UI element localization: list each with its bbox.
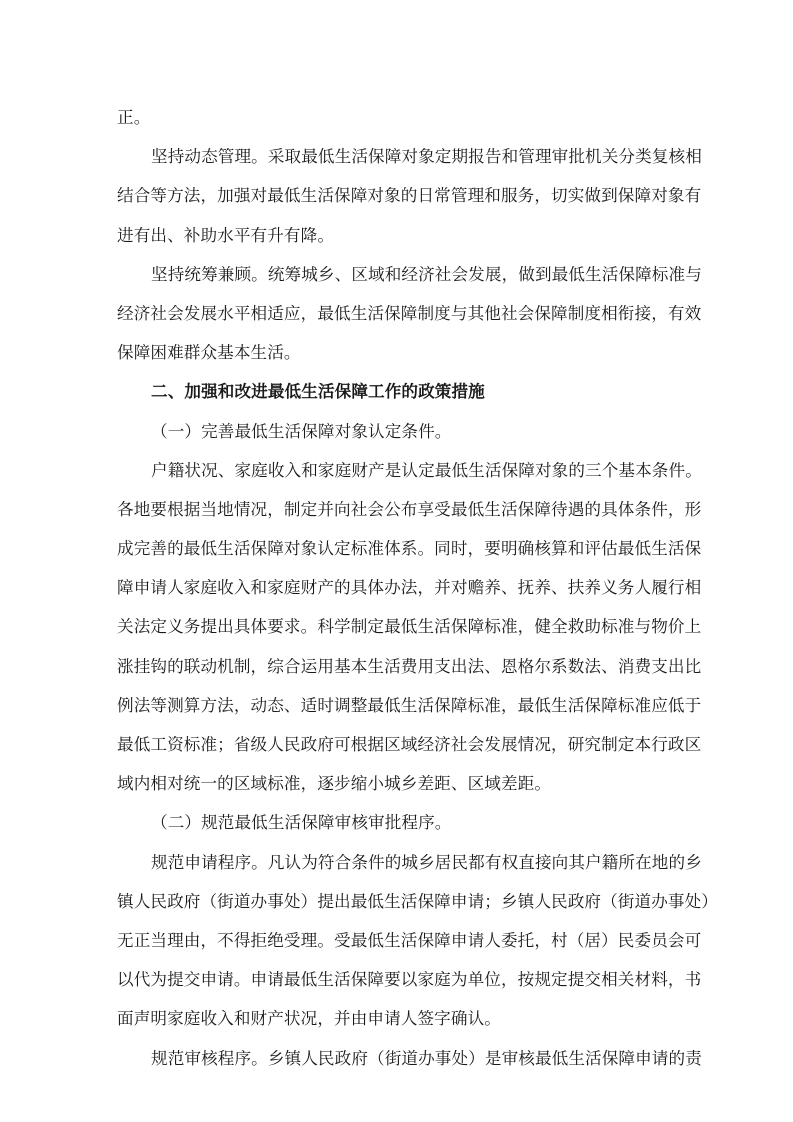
paragraph-line: 结合等方法，加强对最低生活保障对象的日常管理和服务，切实做到保障对象有 [117, 176, 679, 215]
paragraph-line: 经济社会发展水平相适应，最低生活保障制度与其他社会保障制度相衔接，有效 [117, 294, 679, 333]
paragraph-line: 规范申请程序。凡认为符合条件的城乡居民都有权直接向其户籍所在地的乡 [117, 843, 679, 882]
document-page: 正。 坚持动态管理。采取最低生活保障对象定期报告和管理审批机关分类复核相 结合等… [117, 98, 679, 1078]
subsection-heading: （一）完善最低生活保障对象认定条件。 [117, 412, 679, 451]
paragraph-line: 最低工资标准；省级人民政府可根据区域经济社会发展情况，研究制定本行政区 [117, 725, 679, 764]
section-heading: 二、加强和改进最低生活保障工作的政策措施 [117, 372, 679, 411]
paragraph-line: 面声明家庭收入和财产状况，并由申请人签字确认。 [117, 999, 679, 1038]
paragraph-line: 保障困难群众基本生活。 [117, 333, 679, 372]
paragraph-line: 坚持动态管理。采取最低生活保障对象定期报告和管理审批机关分类复核相 [117, 137, 679, 176]
paragraph-line: 涨挂钩的联动机制，综合运用基本生活费用支出法、恩格尔系数法、消费支出比 [117, 647, 679, 686]
paragraph-line: 例法等测算方法，动态、适时调整最低生活保障标准，最低生活保障标准应低于 [117, 686, 679, 725]
paragraph-line: 障申请人家庭收入和家庭财产的具体办法，并对赡养、抚养、扶养义务人履行相 [117, 568, 679, 607]
paragraph-line: 户籍状况、家庭收入和家庭财产是认定最低生活保障对象的三个基本条件。 [117, 451, 679, 490]
paragraph-line: 以代为提交申请。申请最低生活保障要以家庭为单位，按规定提交相关材料，书 [117, 960, 679, 999]
paragraph-line: 关法定义务提出具体要求。科学制定最低生活保障标准，健全救助标准与物价上 [117, 607, 679, 646]
paragraph-line: 规范审核程序。乡镇人民政府（街道办事处）是审核最低生活保障申请的责 [117, 1039, 679, 1078]
paragraph-line: 进有出、补助水平有升有降。 [117, 216, 679, 255]
paragraph-line: 正。 [117, 98, 679, 137]
paragraph-line: 各地要根据当地情况，制定并向社会公布享受最低生活保障待遇的具体条件，形 [117, 490, 679, 529]
subsection-heading: （二）规范最低生活保障审核审批程序。 [117, 803, 679, 842]
paragraph-line: 域内相对统一的区域标准，逐步缩小城乡差距、区域差距。 [117, 764, 679, 803]
paragraph-line: 无正当理由，不得拒绝受理。受最低生活保障申请人委托，村（居）民委员会可 [117, 921, 679, 960]
paragraph-line: 坚持统筹兼顾。统筹城乡、区域和经济社会发展，做到最低生活保障标准与 [117, 255, 679, 294]
paragraph-line: 镇人民政府（街道办事处）提出最低生活保障申请；乡镇人民政府（街道办事处） [117, 882, 679, 921]
paragraph-line: 成完善的最低生活保障对象认定标准体系。同时，要明确核算和评估最低生活保 [117, 529, 679, 568]
